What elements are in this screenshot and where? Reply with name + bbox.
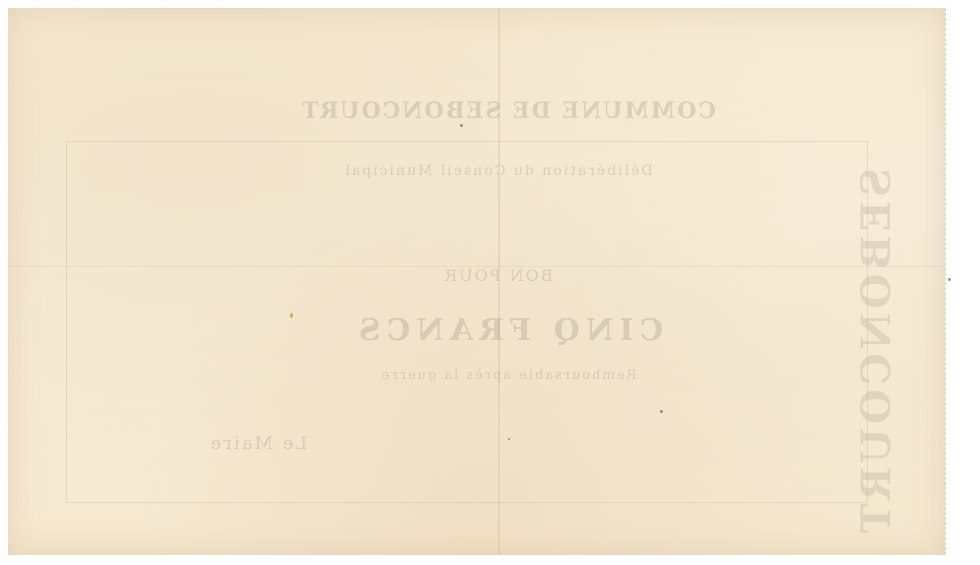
ghost-value: CINQ FRANCS: [308, 313, 708, 348]
banknote-paper: COMMUNE DE SEBONCOURT Délibération du Co…: [8, 8, 945, 555]
ink-speck: [508, 438, 510, 440]
ink-speck: [948, 278, 951, 281]
ghost-signature-left: Le Maire: [168, 433, 348, 454]
ink-speck: [460, 124, 463, 127]
stain-speck: [290, 313, 293, 318]
ghost-vertical-edge-text: SEBONCOURT: [853, 168, 903, 565]
ghost-notice: Remboursable après la guerre: [128, 368, 888, 383]
ghost-middle-text: BON POUR: [308, 266, 688, 285]
ghost-subtitle-1: Délibération du Conseil Municipal: [118, 163, 878, 179]
ink-speck: [660, 410, 663, 413]
ghost-title: COMMUNE DE SEBONCOURT: [248, 98, 768, 124]
perforated-edge: [944, 8, 946, 555]
